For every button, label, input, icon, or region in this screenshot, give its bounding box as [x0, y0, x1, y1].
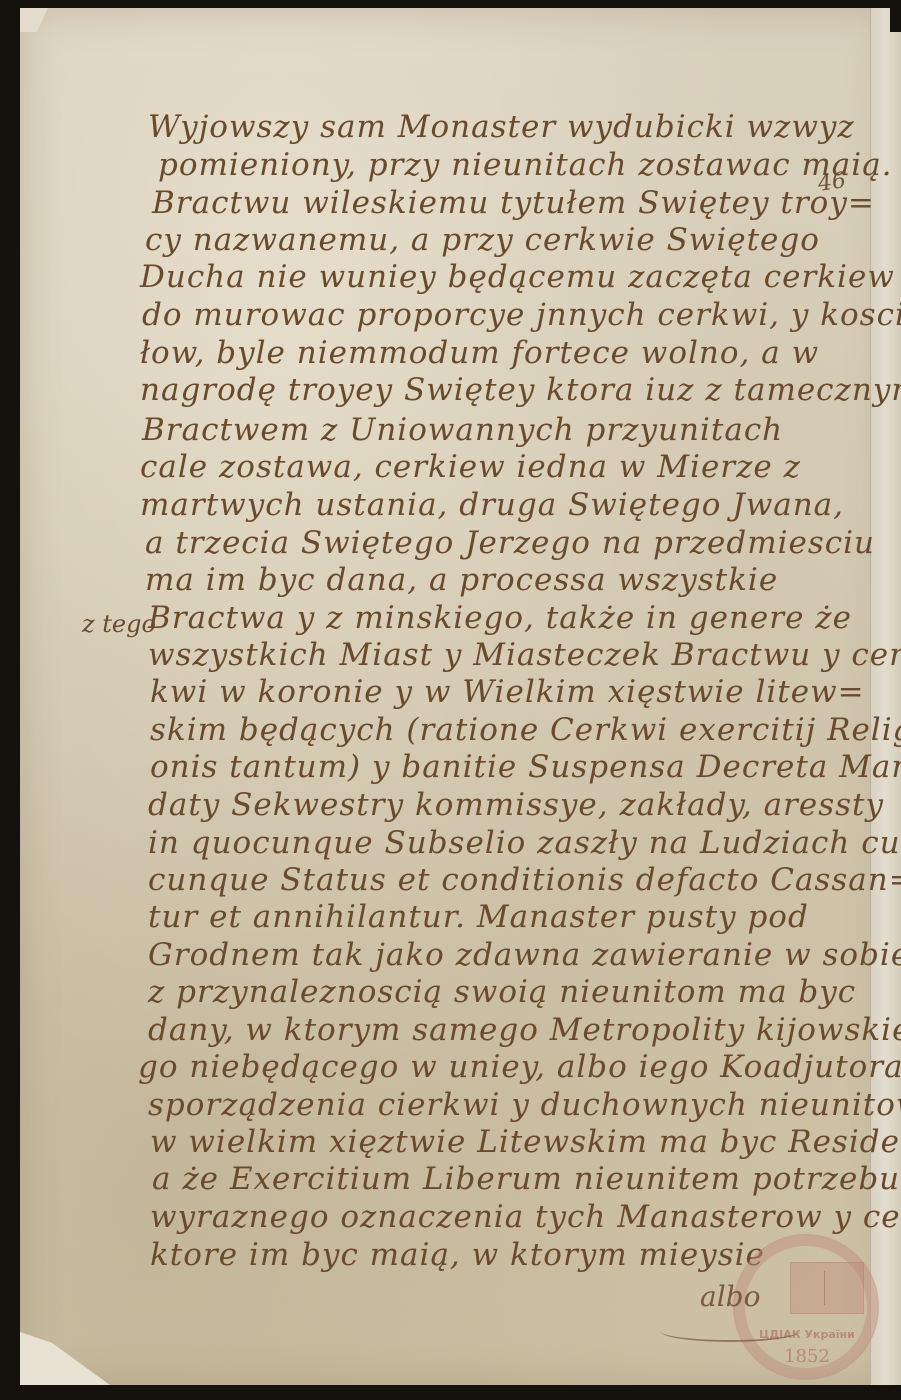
text-line: ktore im byc maią, w ktorym mieysie — [150, 1240, 765, 1271]
text-line: Bractwem z Uniowannych przyunitach — [142, 415, 783, 446]
text-line: wszystkich Miast y Miasteczek Bractwu y … — [148, 640, 901, 671]
text-line: do murowac proporcye jnnych cerkwi, y ko… — [142, 300, 901, 331]
margin-note: z tego — [82, 610, 156, 638]
text-line: a że Exercitium Liberum nieunitem potrze… — [152, 1164, 901, 1195]
text-line: martwych ustania, druga Swiętego Jwana, — [140, 490, 844, 521]
text-line: z przynaleznoscią swoią nieunitom ma byc — [148, 977, 856, 1008]
scan-frame: 46 Wyjowszy sam Monaster wydubicki wzwyz… — [0, 0, 901, 1400]
text-line: Wyjowszy sam Monaster wydubicki wzwyz — [148, 112, 855, 143]
text-line: w wielkim xięztwie Litewskim ma byc Resi… — [150, 1127, 901, 1158]
open-book-icon — [790, 1262, 864, 1314]
text-line: Grodnem tak jako zdawna zawieranie w sob… — [148, 940, 901, 971]
text-line: dany, w ktorym samego Metropolity kijows… — [148, 1015, 901, 1046]
text-line: go niebędącego w uniey, albo iego Koadju… — [138, 1052, 901, 1083]
text-line: Ducha nie wuniey będącemu zaczęta cerkie… — [140, 262, 895, 293]
text-line: łow, byle niemmodum fortece wolno, a w — [140, 338, 819, 369]
ink-flourish — [660, 1320, 800, 1342]
manuscript-text: Wyjowszy sam Monaster wydubicki wzwyz po… — [0, 0, 901, 1400]
text-line: cy nazwanemu, a przy cerkwie Swiętego — [145, 225, 820, 256]
text-line: tur et annihilantur. Manaster pusty pod — [148, 902, 809, 933]
text-line: sporządzenia cierkwi y duchownych nieuni… — [148, 1090, 901, 1121]
text-line: cunque Status et conditionis defacto Cas… — [148, 865, 901, 896]
text-line: ma im byc dana, a processa wszystkie — [145, 565, 778, 596]
text-line: a trzecia Swiętego Jerzego na przedmiesc… — [145, 528, 875, 559]
text-line: nagrodę troyey Swiętey ktora iuz z tamec… — [140, 375, 901, 406]
text-line: Bractwu wileskiemu tytułem Swiętey troy= — [152, 188, 875, 219]
stamp-year: 1852 — [752, 1346, 862, 1367]
text-line: cale zostawa, cerkiew iedna w Mierze z — [140, 452, 801, 483]
text-line: onis tantum) y banitie Suspensa Decreta … — [150, 752, 901, 783]
text-line: daty Sekwestry kommissye, zakłady, aress… — [148, 790, 884, 821]
text-line: in quocunque Subselio zaszły na Ludziach… — [148, 828, 901, 859]
text-line: Bractwa y z minskiego, także in genere ż… — [148, 603, 852, 634]
text-line: kwi w koronie y w Wielkim xięstwie litew… — [150, 677, 865, 708]
text-line: skim będących (ratione Cerkwi exercitij … — [150, 715, 901, 746]
text-line: pomieniony, przy nieunitach zostawac mai… — [158, 150, 893, 181]
catchword: albo — [700, 1280, 760, 1313]
text-line: wyraznego oznaczenia tych Manasterow y c… — [150, 1202, 901, 1233]
